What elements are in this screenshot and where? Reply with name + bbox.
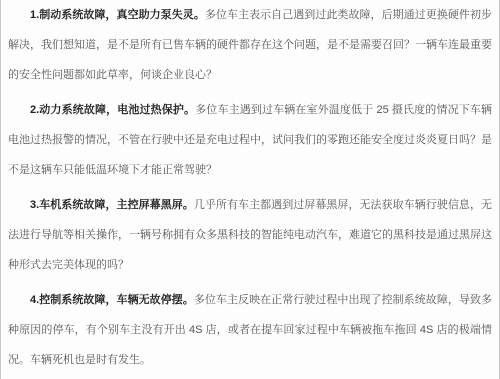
issue-paragraph-brake: 1.制动系统故障，真空助力泵失灵。多位车主表示自己遇到过此类故障，后期通过更换硬…: [8, 0, 492, 90]
issue-title-control: 4.控制系统故障，车辆无故停摆。: [30, 294, 194, 306]
issue-title-brake: 1.制动系统故障，真空助力泵失灵。: [30, 9, 205, 21]
document-page: 1.制动系统故障，真空助力泵失灵。多位车主表示自己遇到过此类故障，后期通过更换硬…: [0, 0, 500, 379]
issue-title-infotainment: 3.车机系统故障，主控屏幕黑屏。: [30, 199, 194, 211]
issue-paragraph-infotainment: 3.车机系统故障，主控屏幕黑屏。几乎所有车主都遇到过屏幕黑屏，无法获取车辆行驶信…: [8, 190, 492, 280]
issue-paragraph-control: 4.控制系统故障，车辆无故停摆。多位车主反映在正常行驶过程中出现了控制系统故障，…: [8, 285, 492, 375]
issue-title-power: 2.动力系统故障，电池过热保护。: [30, 104, 195, 116]
issue-paragraph-power: 2.动力系统故障，电池过热保护。多位车主遇到过车辆在室外温度低于 25 摄氏度的…: [8, 95, 492, 185]
